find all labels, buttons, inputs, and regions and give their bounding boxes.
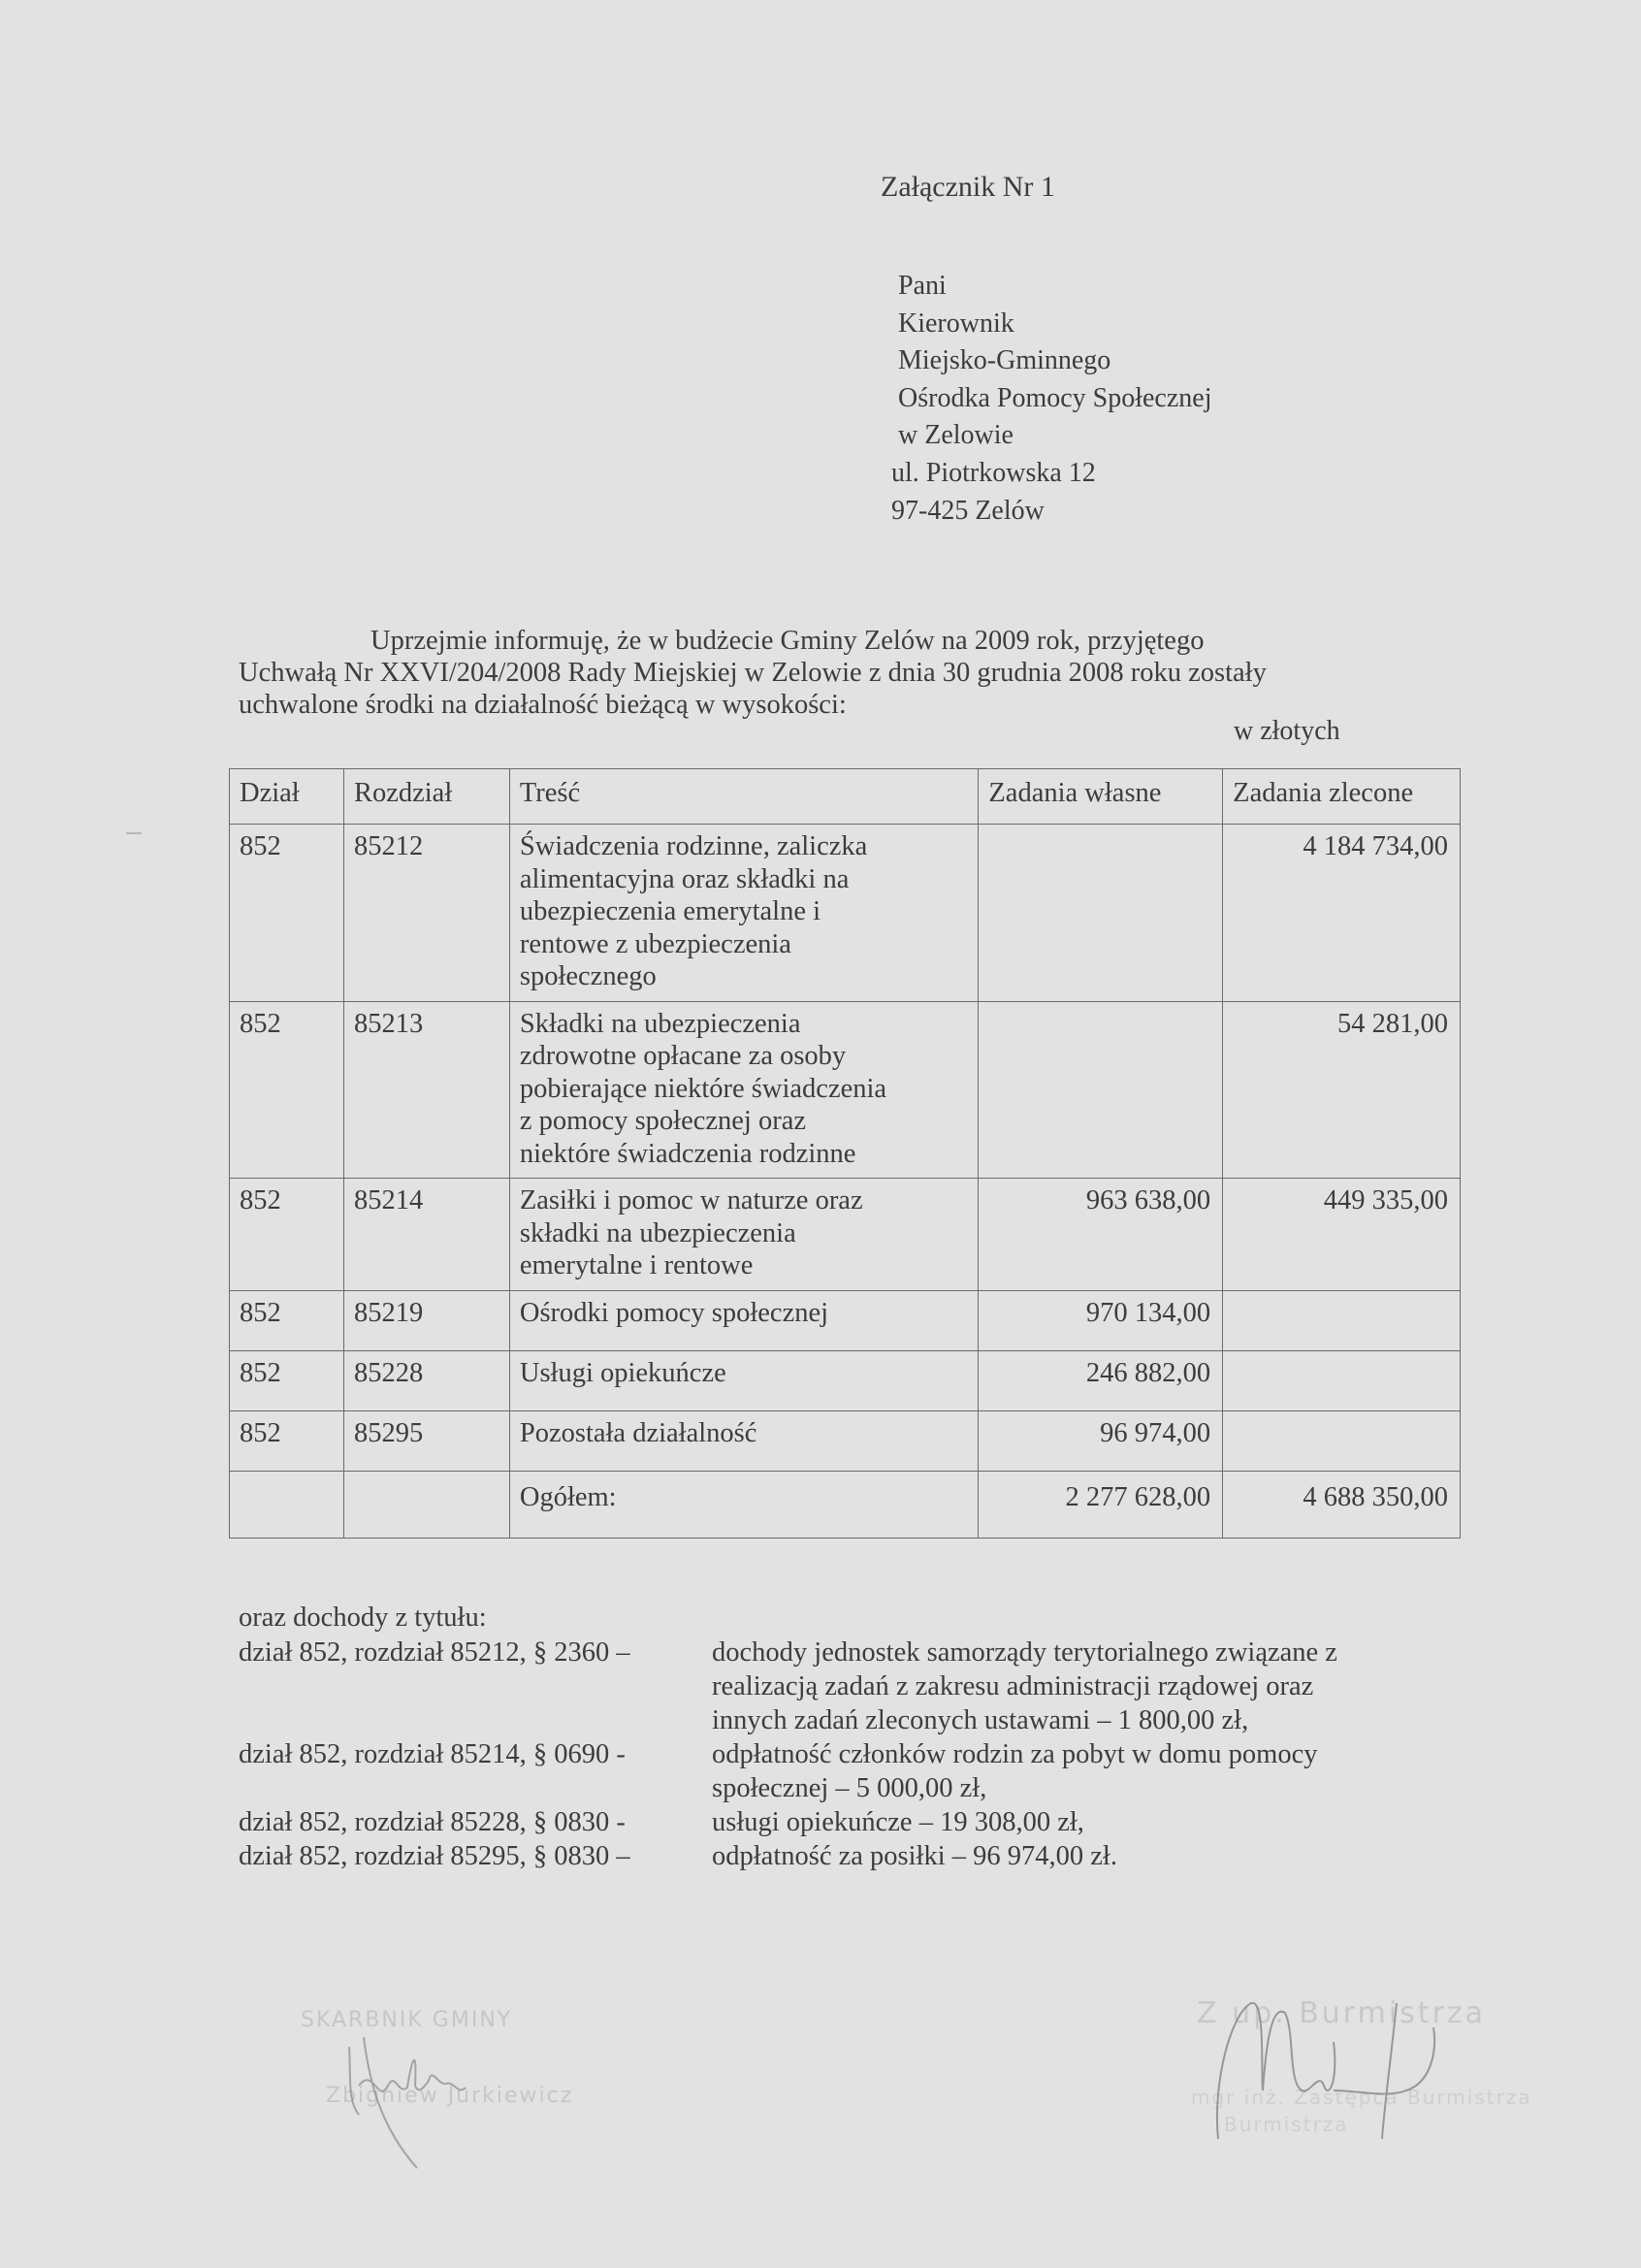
income-desc: usługi opiekuńcze – 19 308,00 zł, bbox=[712, 1805, 1084, 1839]
cell-empty bbox=[343, 1471, 509, 1538]
cell-dzial: 852 bbox=[230, 1290, 344, 1350]
cell-dzial: 852 bbox=[230, 1410, 344, 1471]
income-ref: dział 852, rozdział 85212, § 2360 – bbox=[239, 1636, 712, 1737]
cell-dzial: 852 bbox=[230, 1179, 344, 1291]
budget-table: Dział Rozdział Treść Zadania własne Zada… bbox=[229, 768, 1461, 1539]
cell-tresc: Pozostała działalność bbox=[509, 1410, 979, 1471]
cell-zlecone: 4 184 734,00 bbox=[1223, 825, 1461, 1002]
attachment-title: Załącznik Nr 1 bbox=[881, 171, 1055, 204]
recipient-line: Ośrodka Pomocy Społecznej bbox=[898, 380, 1212, 418]
income-desc: dochody jednostek samorządy terytorialne… bbox=[712, 1636, 1337, 1737]
table-row: 852 85214 Zasiłki i pomoc w naturze oraz… bbox=[230, 1179, 1461, 1291]
total-label: Ogółem: bbox=[509, 1471, 979, 1538]
table-row: 852 85212 Świadczenia rodzinne, zaliczka… bbox=[230, 825, 1461, 1002]
cell-zlecone bbox=[1223, 1290, 1461, 1350]
cell-tresc: Usługi opiekuńcze bbox=[509, 1350, 979, 1410]
intro-line: Uprzejmie informuję, że w budżecie Gminy… bbox=[239, 625, 1461, 657]
cell-zlecone bbox=[1223, 1350, 1461, 1410]
cell-rozdzial: 85212 bbox=[343, 825, 509, 1002]
recipient-line: Pani bbox=[898, 268, 1212, 306]
currency-unit-note: w złotych bbox=[1234, 716, 1340, 747]
cell-empty bbox=[230, 1471, 344, 1538]
cell-wlasne bbox=[979, 825, 1223, 1002]
header-dzial: Dział bbox=[230, 769, 344, 825]
header-zadania-wlasne: Zadania własne bbox=[979, 769, 1223, 825]
header-zadania-zlecone: Zadania zlecone bbox=[1223, 769, 1461, 825]
income-desc: odpłatność członków rodzin za pobyt w do… bbox=[712, 1737, 1318, 1805]
income-item: dział 852, rozdział 85214, § 0690 - odpł… bbox=[239, 1737, 1499, 1805]
cell-wlasne bbox=[979, 1001, 1223, 1179]
cell-rozdzial: 85295 bbox=[343, 1410, 509, 1471]
table-row: 852 85295 Pozostała działalność 96 974,0… bbox=[230, 1410, 1461, 1471]
cell-tresc: Zasiłki i pomoc w naturze oraz składki n… bbox=[509, 1179, 979, 1291]
cell-rozdzial: 85213 bbox=[343, 1001, 509, 1179]
income-desc: odpłatność za posiłki – 96 974,00 zł. bbox=[712, 1839, 1117, 1873]
total-wlasne: 2 277 628,00 bbox=[979, 1471, 1223, 1538]
header-tresc: Treść bbox=[509, 769, 979, 825]
table-row: 852 85219 Ośrodki pomocy społecznej 970 … bbox=[230, 1290, 1461, 1350]
recipient-line: Kierownik bbox=[898, 306, 1212, 343]
income-heading: oraz dochody z tytułu: bbox=[239, 1601, 1499, 1635]
cell-zlecone: 449 335,00 bbox=[1223, 1179, 1461, 1291]
cell-wlasne: 246 882,00 bbox=[979, 1350, 1223, 1410]
cell-rozdzial: 85228 bbox=[343, 1350, 509, 1410]
recipient-address: Pani Kierownik Miejsko-Gminnego Ośrodka … bbox=[898, 268, 1212, 530]
intro-paragraph: Uprzejmie informuję, że w budżecie Gminy… bbox=[239, 625, 1461, 721]
cell-tresc: Świadczenia rodzinne, zaliczka alimentac… bbox=[509, 825, 979, 1002]
cell-dzial: 852 bbox=[230, 825, 344, 1002]
cell-wlasne: 96 974,00 bbox=[979, 1410, 1223, 1471]
income-item: dział 852, rozdział 85228, § 0830 - usłu… bbox=[239, 1805, 1499, 1839]
cell-rozdzial: 85219 bbox=[343, 1290, 509, 1350]
income-item: dział 852, rozdział 85212, § 2360 – doch… bbox=[239, 1636, 1499, 1737]
cell-tresc: Składki na ubezpieczenia zdrowotne opłac… bbox=[509, 1001, 979, 1179]
cell-tresc: Ośrodki pomocy społecznej bbox=[509, 1290, 979, 1350]
cell-dzial: 852 bbox=[230, 1001, 344, 1179]
table-row: 852 85228 Usługi opiekuńcze 246 882,00 bbox=[230, 1350, 1461, 1410]
total-zlecone: 4 688 350,00 bbox=[1223, 1471, 1461, 1538]
cell-wlasne: 970 134,00 bbox=[979, 1290, 1223, 1350]
income-ref: dział 852, rozdział 85295, § 0830 – bbox=[239, 1839, 712, 1873]
table-header-row: Dział Rozdział Treść Zadania własne Zada… bbox=[230, 769, 1461, 825]
income-ref: dział 852, rozdział 85228, § 0830 - bbox=[239, 1805, 712, 1839]
income-item: dział 852, rozdział 85295, § 0830 – odpł… bbox=[239, 1839, 1499, 1873]
cell-zlecone: 54 281,00 bbox=[1223, 1001, 1461, 1179]
table-total-row: Ogółem: 2 277 628,00 4 688 350,00 bbox=[230, 1471, 1461, 1538]
cell-rozdzial: 85214 bbox=[343, 1179, 509, 1291]
recipient-postal: 97-425 Zelów bbox=[891, 493, 1212, 531]
recipient-street: ul. Piotrkowska 12 bbox=[891, 455, 1212, 493]
cell-zlecone bbox=[1223, 1410, 1461, 1471]
income-section: oraz dochody z tytułu: dział 852, rozdzi… bbox=[239, 1601, 1499, 1873]
cell-dzial: 852 bbox=[230, 1350, 344, 1410]
treasurer-signature-icon bbox=[320, 2027, 533, 2173]
intro-line: Uchwałą Nr XXVI/204/2008 Rady Miejskiej … bbox=[239, 657, 1461, 689]
cell-wlasne: 963 638,00 bbox=[979, 1179, 1223, 1291]
recipient-line: w Zelowie bbox=[898, 417, 1212, 455]
income-ref: dział 852, rozdział 85214, § 0690 - bbox=[239, 1737, 712, 1805]
recipient-line: Miejsko-Gminnego bbox=[898, 342, 1212, 380]
scan-artifact bbox=[126, 832, 142, 834]
header-rozdzial: Rozdział bbox=[343, 769, 509, 825]
table-row: 852 85213 Składki na ubezpieczenia zdrow… bbox=[230, 1001, 1461, 1179]
mayor-signature-icon bbox=[1212, 1993, 1464, 2149]
